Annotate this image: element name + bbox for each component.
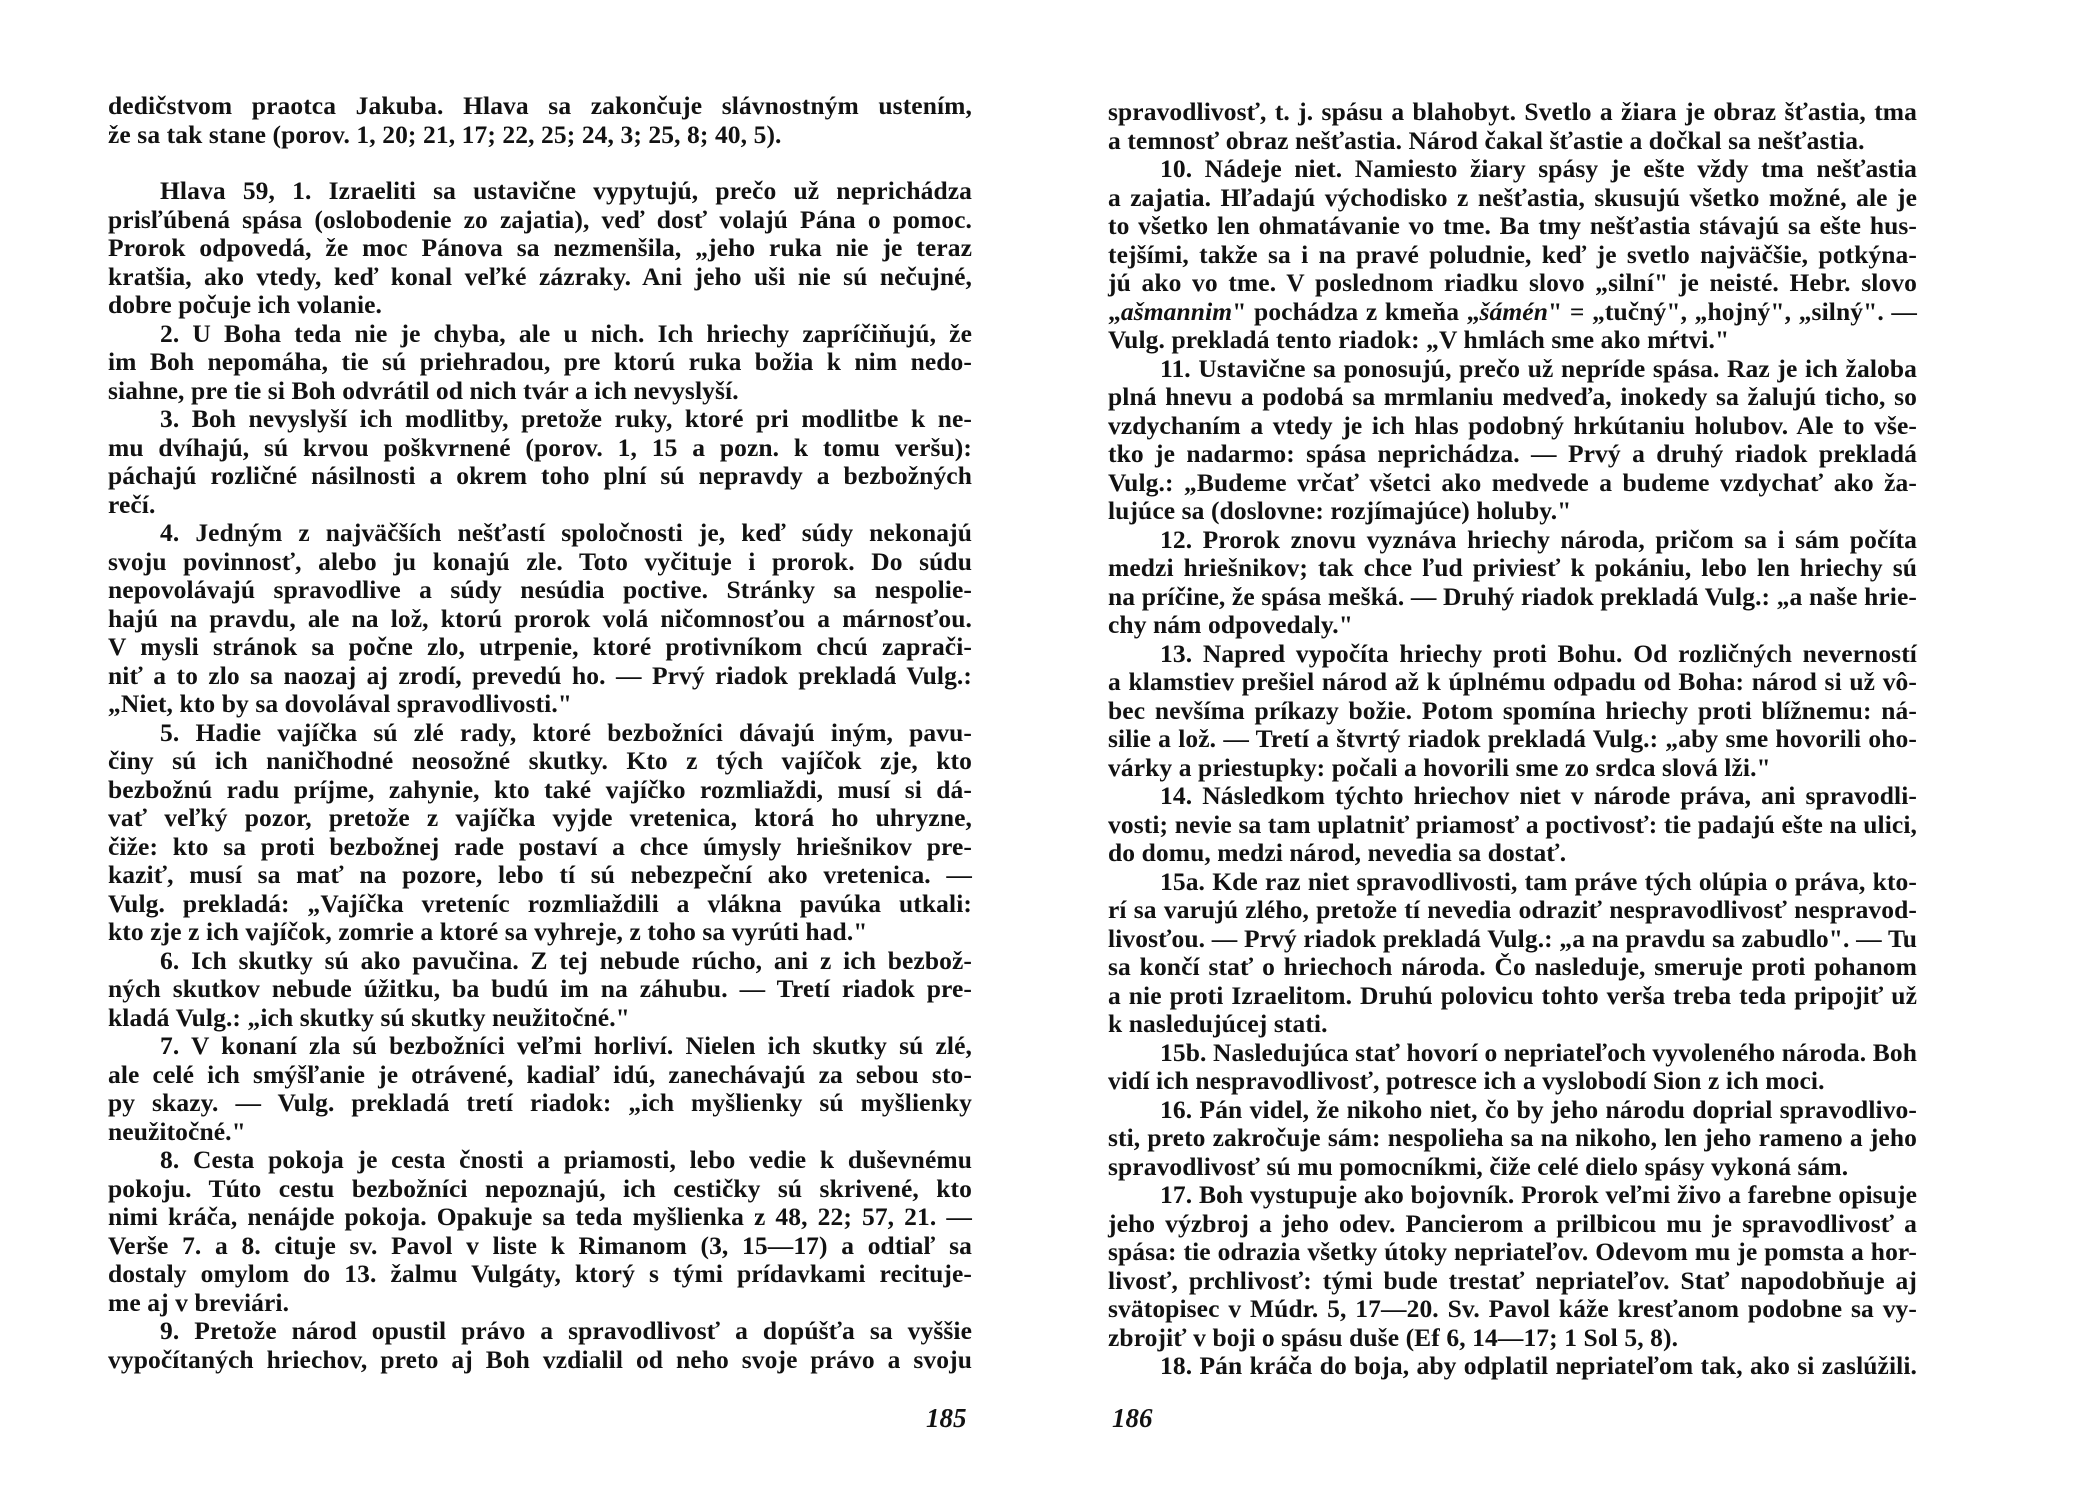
text-line: „Niet, kto by sa dovolával spravodlivost… (108, 690, 972, 719)
text-line: vať veľký pozor, pretože z vajíčka vyjde… (108, 804, 972, 833)
text-line: svoju povinnosť, alebo ju konajú zle. To… (108, 548, 972, 577)
text-line: Vulg.: „Budeme vrčať všetci ako medvede … (1108, 469, 1917, 498)
text-line: me aj v breviári. (108, 1289, 972, 1318)
text-line: na príčine, že spása mešká. — Druhý riad… (1108, 583, 1917, 612)
text-line: 13. Napred vypočíta hriechy proti Bohu. … (1108, 640, 1917, 669)
text-line: 2. U Boha teda nie je chyba, ale u nich.… (108, 320, 972, 349)
text-line: plná hnevu a podobá sa mrmlaniu medveďa,… (1108, 383, 1917, 412)
text-line: 11. Ustavične sa ponosujú, prečo už nepr… (1108, 355, 1917, 384)
text-line: 14. Následkom týchto hriechov niet v nár… (1108, 782, 1917, 811)
text-line: 8. Cesta pokoja je cesta čnosti a priamo… (108, 1146, 972, 1175)
text-line: kratšia, ako vtedy, keď konal veľké zázr… (108, 263, 972, 292)
text-line: V mysli stránok sa počne zlo, utrpenie, … (108, 633, 972, 662)
text-line: 3. Boh nevyslyší ich modlitby, pretože r… (108, 405, 972, 434)
right-page-text: spravodlivosť, t. j. spásu a blahobyt. S… (1108, 98, 1917, 1381)
text-line: spravodlivosť, t. j. spásu a blahobyt. S… (1108, 98, 1917, 127)
text-line: lujúce sa (doslovne: rozjímajúce) holuby… (1108, 497, 1917, 526)
text-line: 10. Nádeje niet. Namiesto žiary spásy je… (1108, 155, 1917, 184)
text-line: 12. Prorok znovu vyznáva hriechy národa,… (1108, 526, 1917, 555)
text-line: a klamstiev prešiel národ až k úplnému o… (1108, 668, 1917, 697)
left-page: dedičstvom praotca Jakuba. Hlava sa zako… (0, 0, 1043, 1500)
text-line: várky a priestupky: počali a hovorili sm… (1108, 754, 1917, 783)
text-line: a nie proti Izraelitom. Druhú polovicu t… (1108, 982, 1917, 1011)
text-line: im Boh nepomáha, tie sú priehradou, pre … (108, 348, 972, 377)
text-line: jú ako vo tme. V poslednom riadku slovo … (1108, 269, 1917, 298)
text-line: pokoju. Túto cestu bezbožníci nepoznajú,… (108, 1175, 972, 1204)
text-line: vzdychaním a vtedy je ich hlas podobný h… (1108, 412, 1917, 441)
text-line: prisľúbená spása (oslobodenie zo zajatia… (108, 206, 972, 235)
text-line: 5. Hadie vajíčka sú zlé rady, ktoré bezb… (108, 719, 972, 748)
text-line: 7. V konaní zla sú bezbožníci veľmi horl… (108, 1032, 972, 1061)
left-page-text: dedičstvom praotca Jakuba. Hlava sa zako… (108, 92, 972, 1374)
text-line: neužitočné." (108, 1118, 972, 1147)
text-line: to všetko len ohmatávanie vo tme. Ba tmy… (1108, 212, 1917, 241)
text-line: zbrojiť v boji o spásu duše (Ef 6, 14—17… (1108, 1324, 1917, 1353)
text-line: nimi kráča, nenájde pokoja. Opakuje sa t… (108, 1203, 972, 1232)
text-line: sa končí stať o hriechoch národa. Čo nas… (1108, 953, 1917, 982)
text-line: 4. Jedným z najväčších nešťastí spoločno… (108, 519, 972, 548)
text-line: 6. Ich skutky sú ako pavučina. Z tej neb… (108, 947, 972, 976)
text-line: hajú na pravdu, ale na lož, ktorú prorok… (108, 605, 972, 634)
text-line: mu dvíhajú, sú krvou poškvrnené (porov. … (108, 434, 972, 463)
text-line: jeho výzbroj a jeho odev. Pancierom a pr… (1108, 1210, 1917, 1239)
text-line: Vulg. prekladá tento riadok: „V hmlách s… (1108, 326, 1917, 355)
text-line: 17. Boh vystupuje ako bojovník. Prorok v… (1108, 1181, 1917, 1210)
text-line: dostaly omylom do 13. žalmu Vulgáty, kto… (108, 1260, 972, 1289)
text-line: 15a. Kde raz niet spravodlivosti, tam pr… (1108, 868, 1917, 897)
text-line: ných skutkov nebude úžitku, ba budú im n… (108, 975, 972, 1004)
text-line: že sa tak stane (porov. 1, 20; 21, 17; 2… (108, 121, 972, 150)
text-line: k nasledujúcej stati. (1108, 1010, 1917, 1039)
text-line: Prorok odpovedá, že moc Pánova sa nezmen… (108, 234, 972, 263)
text-line: silie a lož. — Tretí a štvrtý riadok pre… (1108, 725, 1917, 754)
text-line: nepovolávajú spravodlive a súdy nesúdia … (108, 576, 972, 605)
text-line: ale celé ich smýšľanie je otrávené, kadi… (108, 1061, 972, 1090)
text-line: 16. Pán videl, že nikoho niet, čo by jeh… (1108, 1096, 1917, 1125)
text-line: „ašmannim" pochádza z kmeňa „šámén" = „t… (1108, 298, 1917, 327)
right-page: spravodlivosť, t. j. spásu a blahobyt. S… (1043, 0, 2086, 1500)
text-line: Verše 7. a 8. cituje sv. Pavol v liste k… (108, 1232, 972, 1261)
text-line: bec nevšíma príkazy božie. Potom spomína… (1108, 697, 1917, 726)
text-line: vypočítaných hriechov, preto aj Boh vzdi… (108, 1346, 972, 1375)
text-line: 18. Pán kráča do boja, aby odplatil nepr… (1108, 1352, 1917, 1381)
page-number-left: 185 (926, 1403, 967, 1434)
text-line: kaziť, musí sa mať na pozore, lebo tí sú… (108, 861, 972, 890)
text-line: čiže: kto sa proti bezbožnej rade postav… (108, 833, 972, 862)
text-line: 15b. Nasledujúca stať hovorí o nepriateľ… (1108, 1039, 1917, 1068)
text-line: chy nám odpovedaly." (1108, 611, 1917, 640)
text-line: kladá Vulg.: „ich skutky sú skutky neuži… (108, 1004, 972, 1033)
text-line: kto zje z ich vajíčok, zomrie a ktoré sa… (108, 918, 972, 947)
text-line: a zajatia. Hľadajú východisko z nešťasti… (1108, 184, 1917, 213)
text-line: rečí. (108, 491, 972, 520)
text-line: do domu, medzi národ, nevedia sa dostať. (1108, 839, 1917, 868)
text-line: 9. Pretože národ opustil právo a spravod… (108, 1317, 972, 1346)
text-line: vidí ich nespravodlivosť, potresce ich a… (1108, 1067, 1917, 1096)
text-line: dedičstvom praotca Jakuba. Hlava sa zako… (108, 92, 972, 121)
text-line: rí sa varujú zlého, pretože tí nevedia o… (1108, 896, 1917, 925)
text-line: spása: tie odrazia všetky útoky nepriate… (1108, 1238, 1917, 1267)
text-line: py skazy. — Vulg. prekladá tretí riadok:… (108, 1089, 972, 1118)
text-line: bezbožnú radu príjme, zahynie, kto také … (108, 776, 972, 805)
text-line: činy sú ich naničhodné neosožné skutky. … (108, 747, 972, 776)
text-line: Vulg. prekladá: „Vajíčka vreteníc rozmli… (108, 890, 972, 919)
text-line: sti, preto zakročuje sám: nespolieha sa … (1108, 1124, 1917, 1153)
text-line: tejšími, takže sa i na pravé poludnie, k… (1108, 241, 1917, 270)
text-line: tko je nadarmo: spása neprichádza. — Prv… (1108, 440, 1917, 469)
page-number-right: 186 (1112, 1403, 1153, 1434)
text-line: Hlava 59, 1. Izraeliti sa ustavične vypy… (108, 177, 972, 206)
text-line: páchajú rozličné násilnosti a okrem toho… (108, 462, 972, 491)
text-line: medzi hriešnikov; tak chce ľud priviesť … (1108, 554, 1917, 583)
text-line: niť a to zlo sa naozaj aj zrodí, prevedú… (108, 662, 972, 691)
text-line: spravodlivosť sú mu pomocníkmi, čiže cel… (1108, 1153, 1917, 1182)
text-line: a temnosť obraz nešťastia. Národ čakal š… (1108, 127, 1917, 156)
text-line: dobre počuje ich volanie. (108, 291, 972, 320)
text-line: svätopisec v Múdr. 5, 17—20. Sv. Pavol k… (1108, 1295, 1917, 1324)
text-line: siahne, pre tie si Boh odvrátil od nich … (108, 377, 972, 406)
text-line: livosť, prchlivosť: tými bude trestať ne… (1108, 1267, 1917, 1296)
text-line: vosti; nevie sa tam uplatniť priamosť a … (1108, 811, 1917, 840)
text-line: livosťou. — Prvý riadok prekladá Vulg.: … (1108, 925, 1917, 954)
